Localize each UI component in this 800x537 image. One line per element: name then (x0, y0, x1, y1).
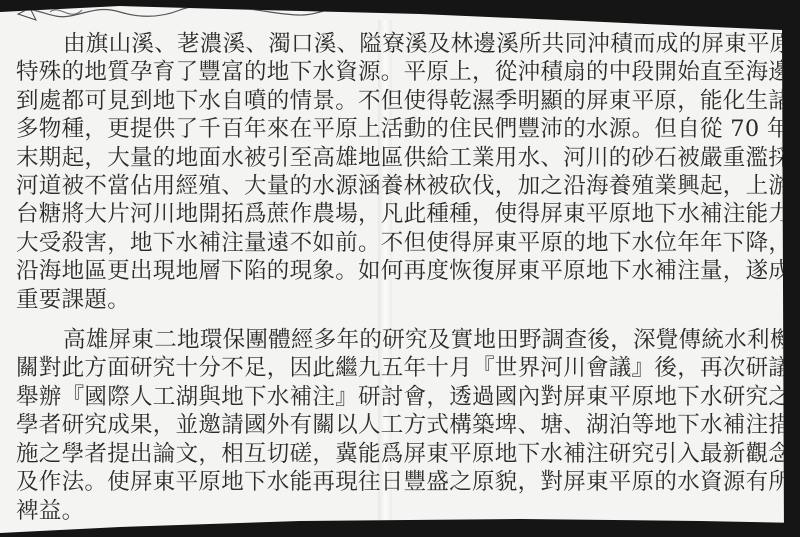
text-line: 河道被不當佔用經殖、大量的水源涵養林被砍伐，加之沿海養殖業興起，上游 (0, 172, 758, 200)
text-line: 到處都可見到地下水自噴的情景。不但使得乾濕季明顯的屏東平原，能化生諸 (0, 87, 758, 115)
paper-clipping: 由旗山溪、荖濃溪、濁口溪、隘寮溪及林邊溪所共同沖積而成的屏東平原， 特殊的地質孕… (0, 0, 800, 537)
scanned-document: 由旗山溪、荖濃溪、濁口溪、隘寮溪及林邊溪所共同沖積而成的屏東平原， 特殊的地質孕… (0, 0, 800, 537)
text-line: 特殊的地質孕育了豐富的地下水資源。平原上，從沖積扇的中段開始直至海邊， (0, 58, 758, 86)
text-line: 及作法。使屏東平原地下水能再現往日豐盛之原貌，對屏東平原的水資源有所 (0, 468, 758, 496)
text-line: 施之學者提出論文，相互切磋，冀能爲屏東平原地下水補注研究引入最新觀念 (0, 440, 758, 468)
text-line: 關對此方面研究十分不足，因此繼九五年十月『世界河川會議』後，再次研議 (0, 354, 758, 382)
text-line: 高雄屏東二地環保團體經多年的研究及實地田野調查後，深覺傳統水利機 (16, 326, 758, 354)
text-line: 重要課題。 (0, 286, 758, 314)
paragraph-2: 高雄屏東二地環保團體經多年的研究及實地田野調查後，深覺傳統水利機 關對此方面研究… (16, 326, 758, 525)
text-line: 多物種，更提供了千百年來在平原上活動的住民們豐沛的水源。但自從 70 年代 (0, 115, 758, 143)
text-line: 末期起，大量的地面水被引至高雄地區供給工業用水、河川的砂石被嚴重濫採、 (0, 144, 758, 172)
text-line: 大受殺害，地下水補注量遠不如前。不但使得屏東平原的地下水位年年下降， (0, 229, 758, 257)
text-line: 舉辦『國際人工湖與地下水補注』研討會，透過國內對屏東平原地下水研究之 (0, 383, 758, 411)
text-line: 由旗山溪、荖濃溪、濁口溪、隘寮溪及林邊溪所共同沖積而成的屏東平原， (16, 30, 758, 58)
pen-scribble-icon (10, 0, 330, 26)
text-line: 台糖將大片河川地開拓爲蔗作農場，凡此種種，使得屏東平原地下水補注能力 (0, 200, 758, 228)
text-line: 學者研究成果，並邀請國外有關以人工方式構築埤、塘、湖泊等地下水補注措 (0, 411, 758, 439)
text-line: 沿海地區更出現地層下陷的現象。如何再度恢復屏東平原地下水補注量，遂成 (0, 257, 758, 285)
paragraph-1: 由旗山溪、荖濃溪、濁口溪、隘寮溪及林邊溪所共同沖積而成的屏東平原， 特殊的地質孕… (16, 30, 758, 314)
article-body: 由旗山溪、荖濃溪、濁口溪、隘寮溪及林邊溪所共同沖積而成的屏東平原， 特殊的地質孕… (16, 30, 758, 525)
